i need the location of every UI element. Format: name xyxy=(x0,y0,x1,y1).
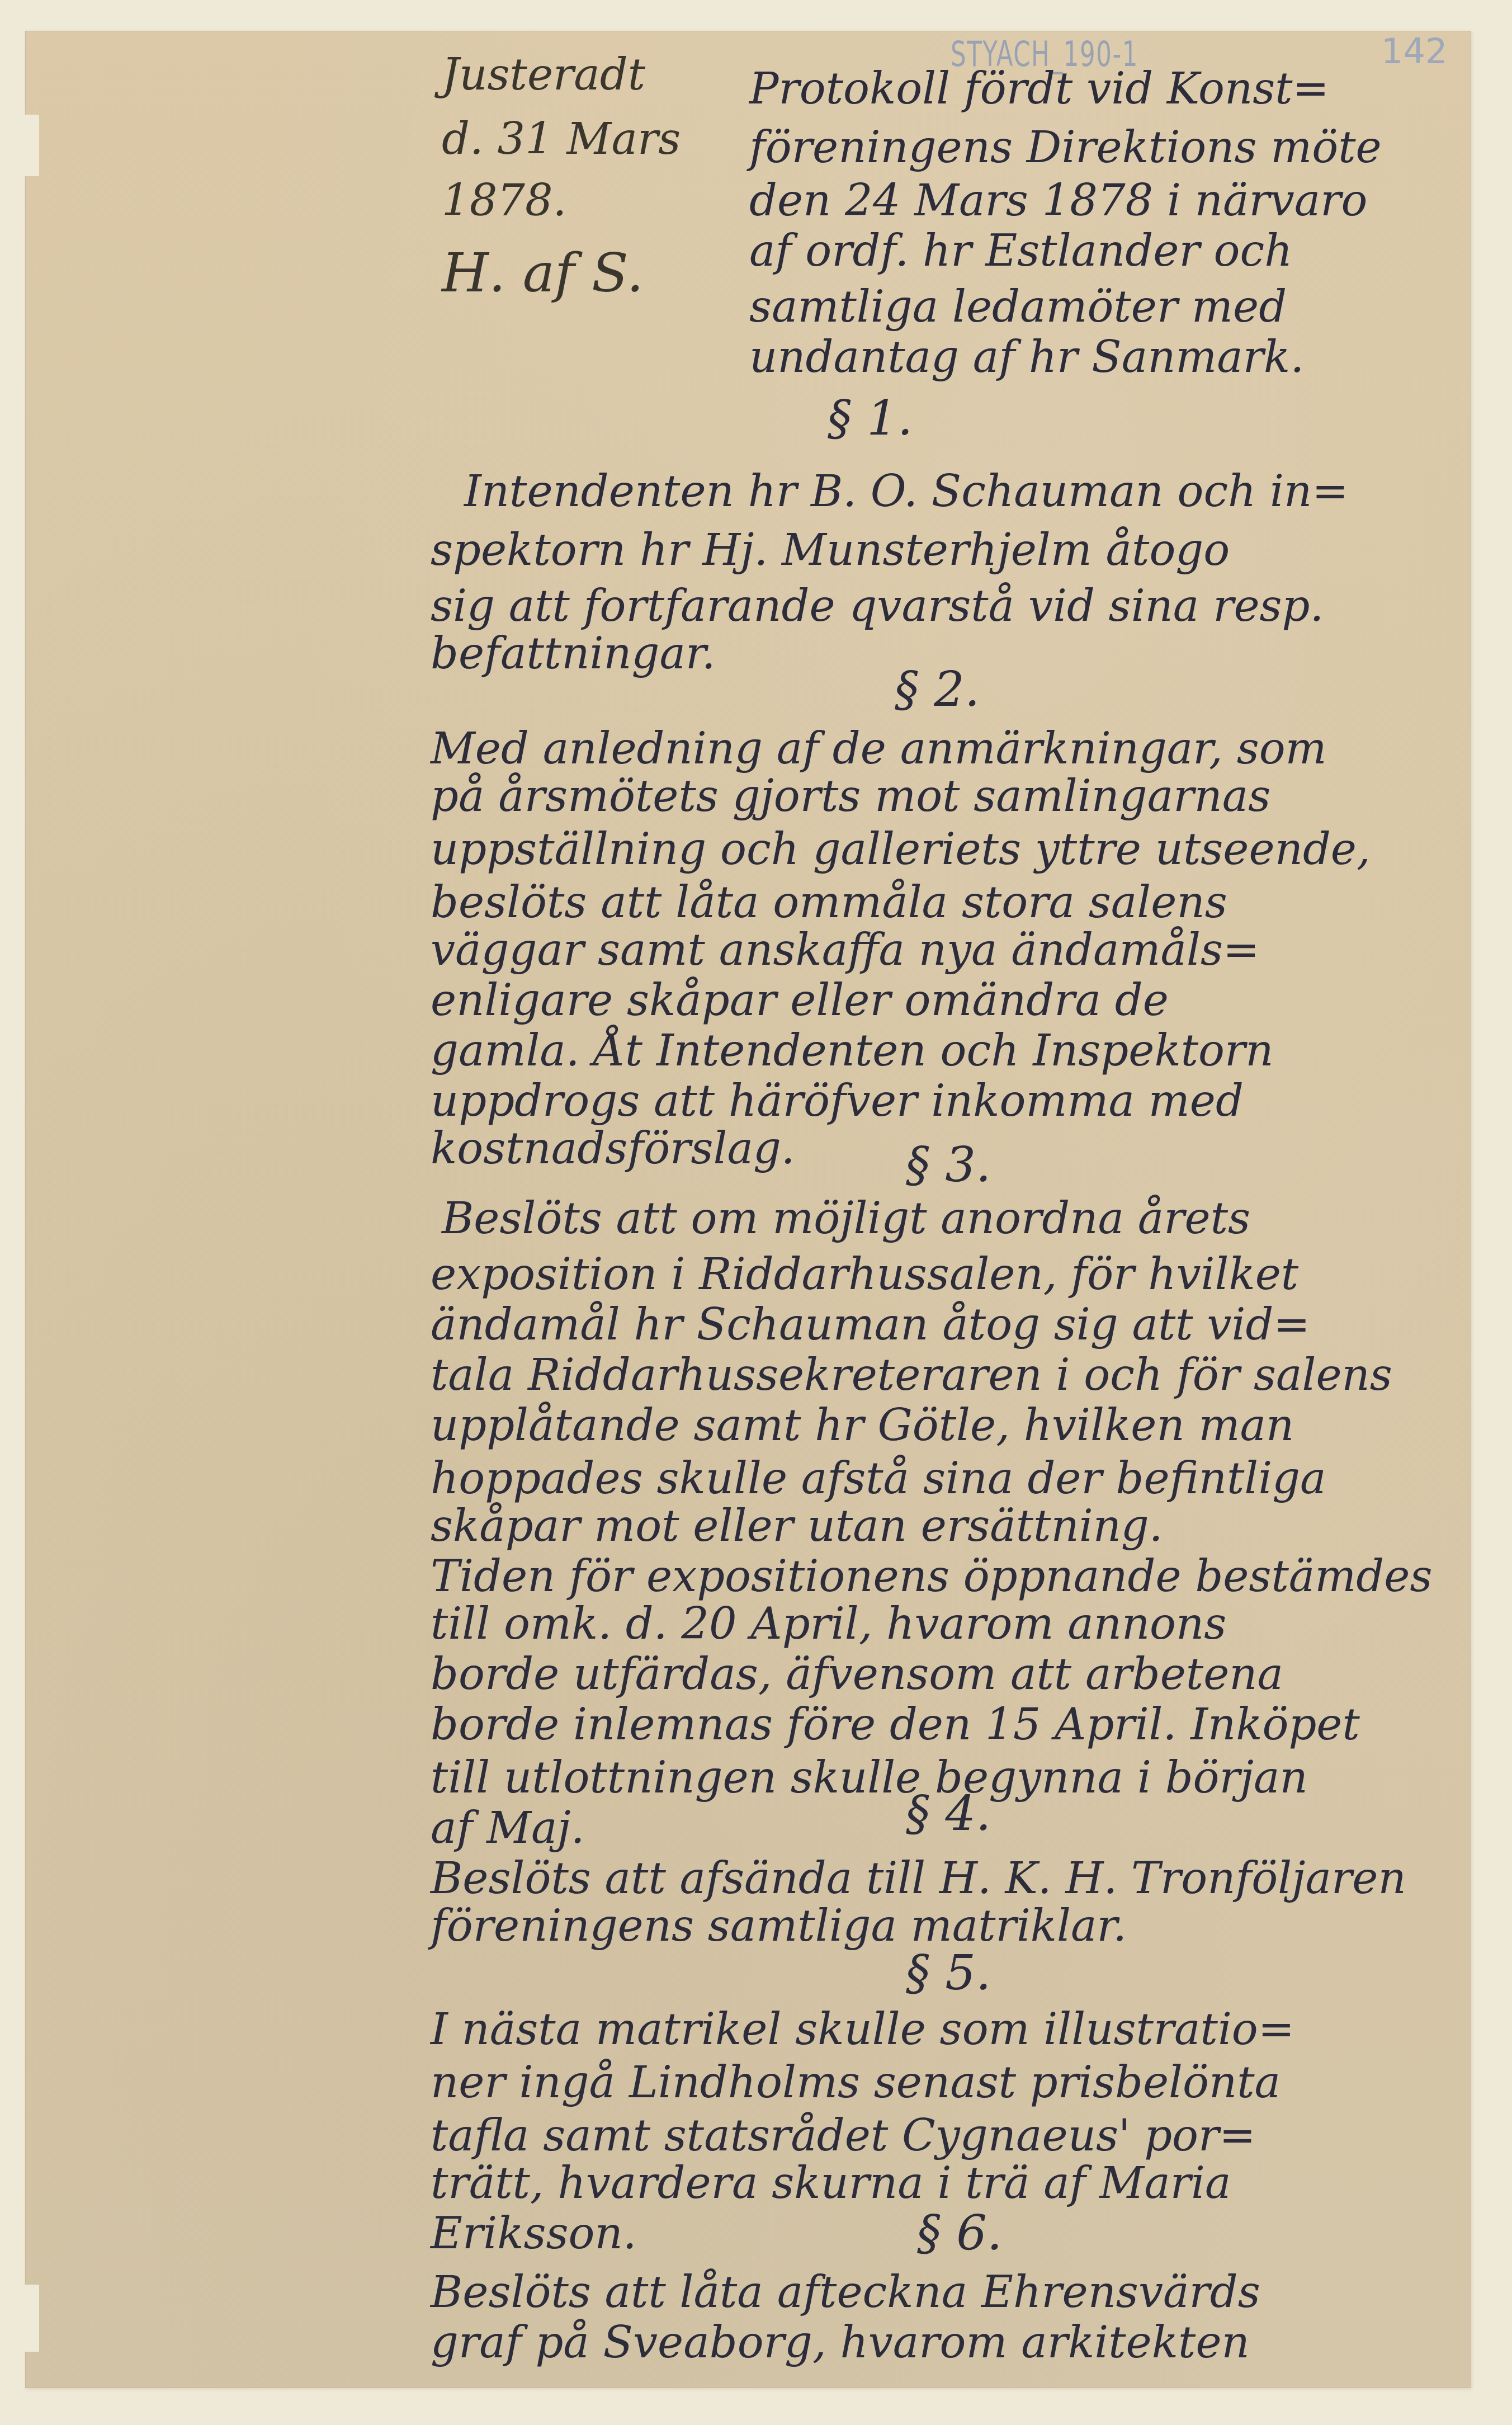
section-line: Beslöts att om möjligt anordna årets xyxy=(442,1197,1250,1240)
section-line: tafla samt statsrådet Cygnaeus' por= xyxy=(431,2114,1256,2158)
section-line: Tiden för expositionens öppnande bestämd… xyxy=(431,1555,1432,1598)
section-line: ner ingå Lindholms senast prisbelönta xyxy=(431,2061,1281,2105)
torn-edge xyxy=(23,115,39,176)
section-line: I nästa matrikel skulle som illustratio= xyxy=(431,2008,1294,2051)
margin-note-line: Justeradt xyxy=(442,53,645,97)
heading-line: den 24 Mars 1878 i närvaro xyxy=(749,179,1368,223)
section-line: af Maj. xyxy=(431,1806,585,1850)
heading-line: Protokoll fördt vid Konst= xyxy=(749,67,1329,111)
section-line: upplåtande samt hr Götle, hvilken man xyxy=(431,1404,1294,1447)
folio-number: 142 xyxy=(1381,31,1447,72)
section-line: Beslöts att låta afteckna Ehrensvärds xyxy=(431,2271,1260,2314)
section-mark: § 5. xyxy=(906,1949,991,1997)
section-line: Eriksson. xyxy=(431,2212,636,2256)
section-line: på årsmötets gjorts mot samlingarnas xyxy=(431,775,1270,818)
section-line: hoppades skulle afstå sina der befintlig… xyxy=(431,1457,1326,1501)
margin-note-line: d. 31 Mars xyxy=(442,117,681,161)
heading-line: undantag af hr Sanmark. xyxy=(749,336,1304,379)
section-line: kostnadsförslag. xyxy=(431,1127,795,1171)
section-line: spektorn hr Hj. Munsterhjelm åtogo xyxy=(431,529,1230,572)
section-mark: § 2. xyxy=(895,666,980,714)
section-line: exposition i Riddarhussalen, för hvilket xyxy=(431,1253,1298,1296)
section-line: sig att fortfarande qvarstå vid sina res… xyxy=(431,584,1324,628)
section-line: väggar samt anskaffa nya ändamåls= xyxy=(431,928,1259,972)
torn-edge xyxy=(23,2285,39,2352)
heading-line: af ordf. hr Estlander och xyxy=(749,229,1292,273)
section-line: borde utfärdas, äfvensom att arbetena xyxy=(431,1653,1283,1696)
section-line: uppdrogs att häröfver inkomma med xyxy=(431,1079,1244,1123)
section-line: föreningens samtliga matriklar. xyxy=(431,1904,1127,1948)
section-line: enligare skåpar eller omändra de xyxy=(431,979,1169,1022)
section-mark: § 6. xyxy=(917,2209,1002,2257)
section-mark: § 1. xyxy=(828,394,913,442)
section-line: tala Riddarhussekreteraren i och för sal… xyxy=(431,1353,1392,1397)
section-line: skåpar mot eller utan ersättning. xyxy=(431,1504,1163,1548)
heading-line: samtliga ledamöter med xyxy=(749,285,1287,329)
section-line: gamla. Åt Intendenten och Inspektorn xyxy=(431,1029,1273,1073)
section-mark: § 4. xyxy=(906,1790,991,1838)
section-line: uppställning och galleriets yttre utseen… xyxy=(431,828,1371,871)
section-line: till utlottningen skulle begynna i börja… xyxy=(431,1756,1308,1800)
margin-note-line: 1878. xyxy=(442,179,566,223)
signature: H. af S. xyxy=(442,246,644,300)
section-line: trätt, hvardera skurna i trä af Maria xyxy=(431,2162,1231,2205)
section-line: Intendenten hr B. O. Schauman och in= xyxy=(464,470,1349,513)
section-line: beslöts att låta ommåla stora salens xyxy=(431,881,1227,924)
section-line: Med anledning af de anmärkningar, som xyxy=(431,727,1327,771)
section-mark: § 3. xyxy=(906,1141,991,1189)
section-line: graf på Sveaborg, hvarom arkitekten xyxy=(431,2321,1250,2365)
section-line: ändamål hr Schauman åtog sig att vid= xyxy=(431,1303,1310,1347)
section-line: Beslöts att afsända till H. K. H. Tronfö… xyxy=(431,1857,1406,1900)
section-line: borde inlemnas före den 15 April. Inköpe… xyxy=(431,1703,1360,1747)
section-line: befattningar. xyxy=(431,632,716,676)
heading-line: föreningens Direktions möte xyxy=(749,126,1382,169)
section-line: till omk. d. 20 April, hvarom annons xyxy=(431,1602,1226,1646)
